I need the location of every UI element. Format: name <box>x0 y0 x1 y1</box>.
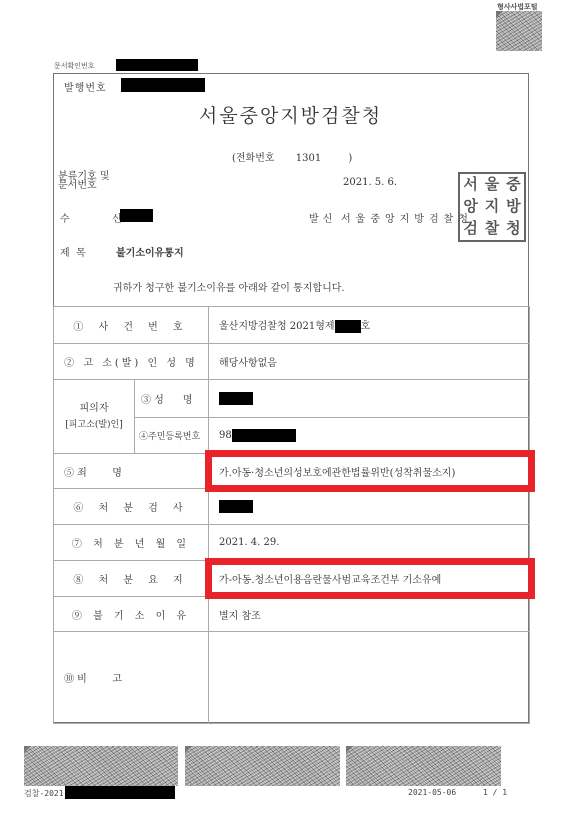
highlight-box-charge <box>205 450 535 492</box>
row-value <box>209 489 530 525</box>
footer-print-date: 2021-05-06 <box>408 788 456 797</box>
footer-doc-id: 검찰-2021- <box>24 788 68 799</box>
row-value: 별지 참조 <box>209 597 530 632</box>
subject-label: 제 목 <box>60 244 86 259</box>
redacted-id-number <box>232 429 296 442</box>
row-value: 98 <box>209 418 530 454</box>
table-row: ⑩ 비 고 <box>54 632 530 724</box>
row-label: ⑤ 죄 명 <box>54 454 209 489</box>
table-row: ⑥ 처 분 검 사 <box>54 489 530 525</box>
table-row: ① 사 건 번 호 울산지방검찰청 2021형제호 <box>54 307 530 344</box>
official-seal-icon: 서 울 중 앙 지 방 검 찰 청 <box>458 172 526 242</box>
seal-char: 찰 <box>481 218 502 240</box>
phone-close: ) <box>348 153 352 164</box>
seal-char: 지 <box>481 196 502 218</box>
row-label: ⑩ 비 고 <box>54 632 209 724</box>
redacted-prosecutor <box>219 500 253 513</box>
table-row: ② 고 소(발) 인 성 명 해당사항없음 <box>54 344 530 380</box>
barcode-1-icon <box>24 746 178 786</box>
seal-char: 검 <box>460 218 481 240</box>
id-number-prefix: 98 <box>219 430 232 441</box>
issue-no-label: 발행번호 <box>64 79 107 94</box>
row-label: ⑦ 처 분 년 월 일 <box>54 525 209 561</box>
seal-char: 방 <box>503 196 524 218</box>
row-label: ① 사 건 번 호 <box>54 307 209 344</box>
row-label: ② 고 소(발) 인 성 명 <box>54 344 209 380</box>
doc-confirm-label: 문서확인번호 <box>54 61 95 71</box>
row-label: ⑨ 불 기 소 이 유 <box>54 597 209 632</box>
seal-char: 앙 <box>460 196 481 218</box>
table-row: ⑨ 불 기 소 이 유 별지 참조 <box>54 597 530 632</box>
barcode-2-icon <box>185 746 340 786</box>
table-row: 피의자 [피고소(발)인] ③ 성 명 <box>54 380 530 418</box>
redacted-suspect-name <box>219 392 253 405</box>
redacted-recipient <box>120 209 153 222</box>
highlight-box-disposition <box>205 558 535 599</box>
seal-char: 청 <box>503 218 524 240</box>
redacted-doc-confirm-number <box>116 59 198 71</box>
class-label-line2: 문서번호 <box>58 181 109 190</box>
intro-text: 귀하가 청구한 불기소이유를 아래와 같이 통지합니다. <box>113 279 345 294</box>
row-value <box>209 632 530 724</box>
phone-label: (전화번호 <box>232 149 275 164</box>
suspect-sublabel: [피고소(발)인] <box>54 417 134 433</box>
qr-code-icon <box>496 11 542 51</box>
seal-char: 서 <box>460 174 481 196</box>
redacted-footer-doc-id <box>65 786 175 799</box>
suspect-group-label: 피의자 [피고소(발)인] <box>54 380 135 454</box>
barcode-3-icon <box>346 746 501 786</box>
redacted-case-number <box>335 320 361 333</box>
sender-value: 서울중앙지방검찰청 <box>341 210 473 225</box>
suspect-label: 피의자 <box>54 401 134 417</box>
row-label: ⑧ 처 분 요 지 <box>54 561 209 597</box>
class-label: 분류기호 및 문서번호 <box>58 172 109 190</box>
seal-char: 중 <box>503 174 524 196</box>
seal-char: 울 <box>481 174 502 196</box>
row-value: 울산지방검찰청 2021형제호 <box>209 307 530 344</box>
row-label: ⑥ 처 분 검 사 <box>54 489 209 525</box>
recipient-label: 수 신 <box>60 210 122 225</box>
subject-value: 불기소이유통지 <box>116 244 184 259</box>
phone-line: (전화번호 1301 ) <box>232 149 352 164</box>
row-value: 2021. 4. 29. <box>209 525 530 561</box>
redacted-issue-number <box>121 78 205 92</box>
case-number-suffix: 호 <box>361 321 371 332</box>
phone-value: 1301 <box>296 153 321 164</box>
document-date: 2021. 5. 6. <box>343 177 397 188</box>
row-value: 해당사항없음 <box>209 344 530 380</box>
notice-table: ① 사 건 번 호 울산지방검찰청 2021형제호 ② 고 소(발) 인 성 명… <box>53 306 530 724</box>
footer-page: 1 / 1 <box>483 788 507 797</box>
row-value <box>209 380 530 418</box>
case-number-prefix: 울산지방검찰청 2021형제 <box>219 321 335 332</box>
table-row: ⑦ 처 분 년 월 일 2021. 4. 29. <box>54 525 530 561</box>
agency-title: 서울중앙지방검찰청 <box>0 101 581 128</box>
row-label: ③ 성 명 <box>135 380 209 418</box>
row-label: ④주민등록번호 <box>135 418 209 454</box>
sender-label: 발신 <box>309 210 336 225</box>
